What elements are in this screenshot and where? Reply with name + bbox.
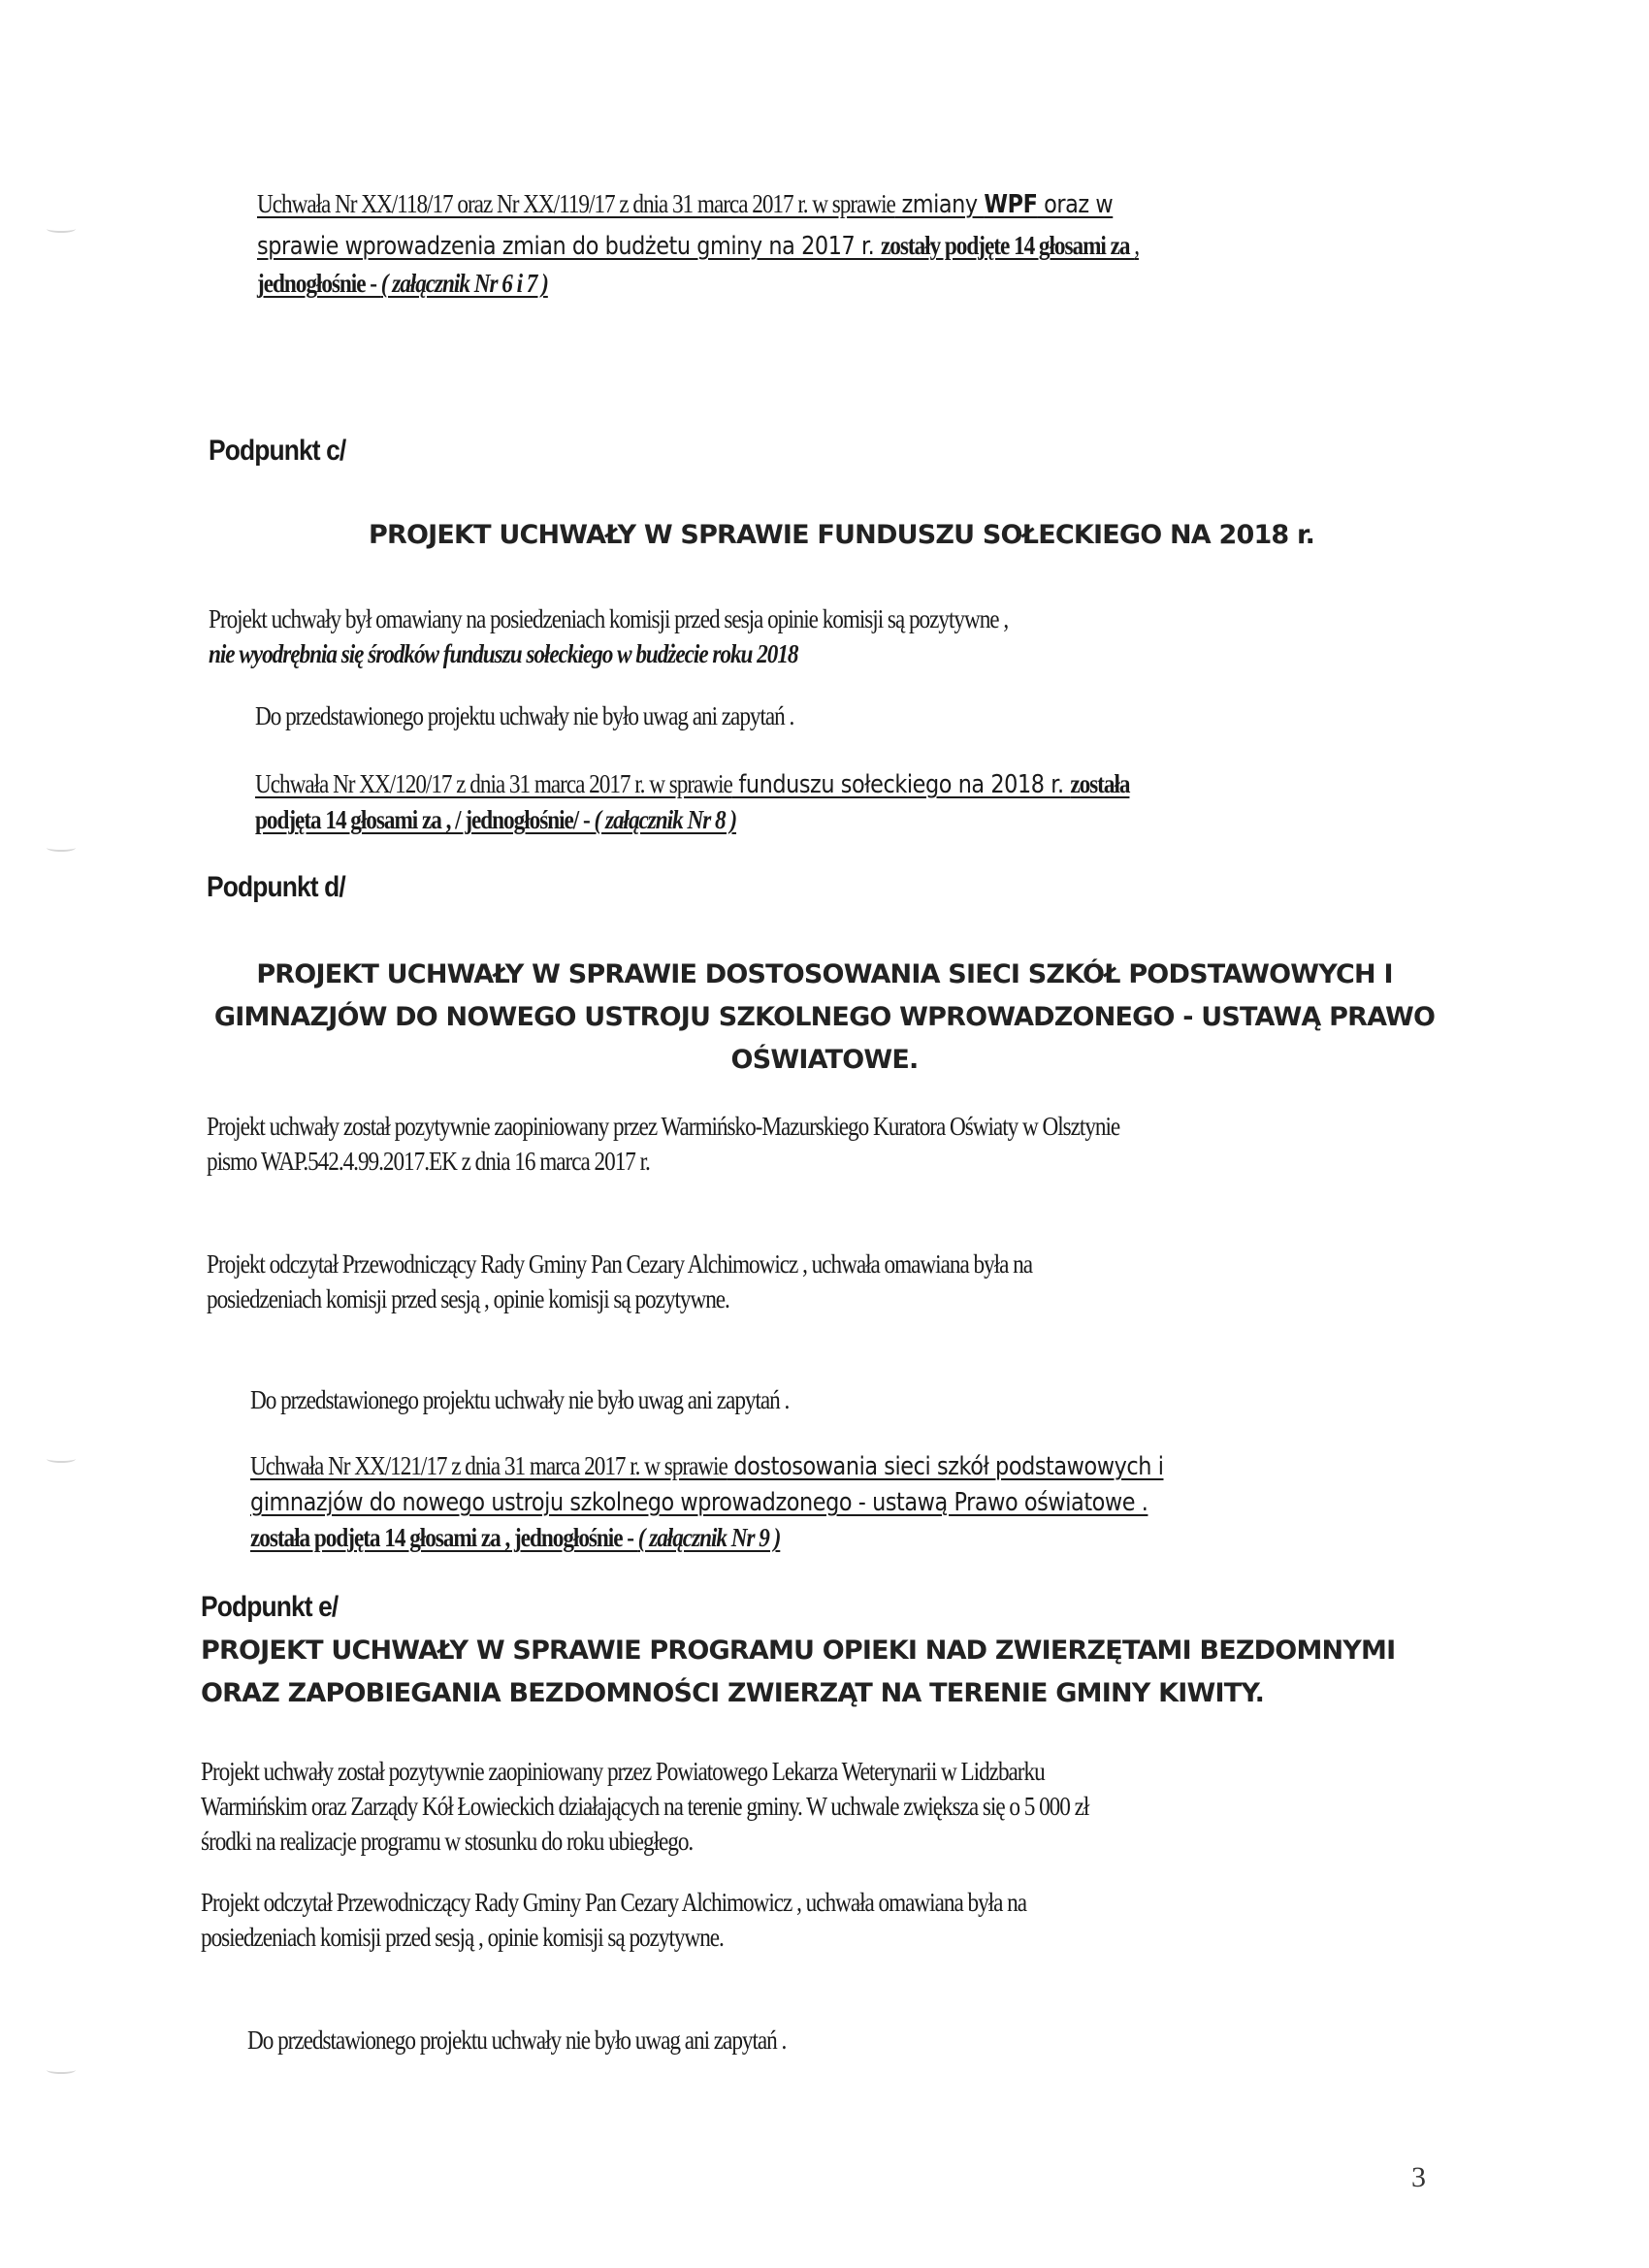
intro-line-3: jednogłośnie - ( załącznik Nr 6 i 7 ) [257, 266, 1139, 301]
section-d-para-1: Projekt uchwały został pozytywnie zaopin… [207, 1109, 1119, 1179]
intro-resolution: Uchwała Nr XX/118/17 oraz Nr XX/119/17 z… [257, 186, 1282, 301]
intro-line-1: Uchwała Nr XX/118/17 oraz Nr XX/119/17 z… [257, 186, 1139, 222]
section-d-heading: PROJEKT UCHWAŁY W SPRAWIE DOSTOSOWANIA S… [194, 954, 1455, 1082]
scan-mark [47, 225, 76, 233]
section-c-resolution: Uchwała Nr XX/120/17 z dnia 31 marca 201… [255, 766, 1272, 837]
scan-mark [47, 1455, 76, 1463]
section-c-no-remarks: Do przedstawionego projektu uchwały nie … [255, 698, 793, 733]
section-e-para-2: Projekt odczytał Przewodniczący Rady Gmi… [201, 1885, 1026, 1955]
scan-mark [47, 844, 76, 852]
section-d-label: Podpunkt d/ [207, 871, 345, 904]
section-e-heading: PROJEKT UCHWAŁY W SPRAWIE PROGRAMU OPIEK… [201, 1630, 1395, 1715]
section-d-para-2: Projekt odczytał Przewodniczący Rady Gmi… [207, 1247, 1032, 1316]
section-c-label: Podpunkt c/ [209, 435, 345, 468]
page-number: 3 [1411, 2161, 1426, 2194]
section-c-heading: PROJEKT UCHWAŁY W SPRAWIE FUNDUSZU SOŁEC… [369, 514, 1314, 557]
scan-mark [47, 2066, 76, 2074]
intro-line-2: sprawie wprowadzenia zmian do budżetu gm… [257, 228, 1139, 264]
section-e-para-1: Projekt uchwały został pozytywnie zaopin… [201, 1754, 1088, 1859]
section-c-para: Projekt uchwały był omawiany na posiedze… [209, 601, 1008, 671]
section-d-resolution: Uchwała Nr XX/121/17 z dnia 31 marca 201… [250, 1448, 1312, 1555]
section-e-no-remarks: Do przedstawionego projektu uchwały nie … [247, 2023, 786, 2057]
section-d-no-remarks: Do przedstawionego projektu uchwały nie … [250, 1382, 789, 1417]
section-e-label: Podpunkt e/ [201, 1591, 338, 1624]
